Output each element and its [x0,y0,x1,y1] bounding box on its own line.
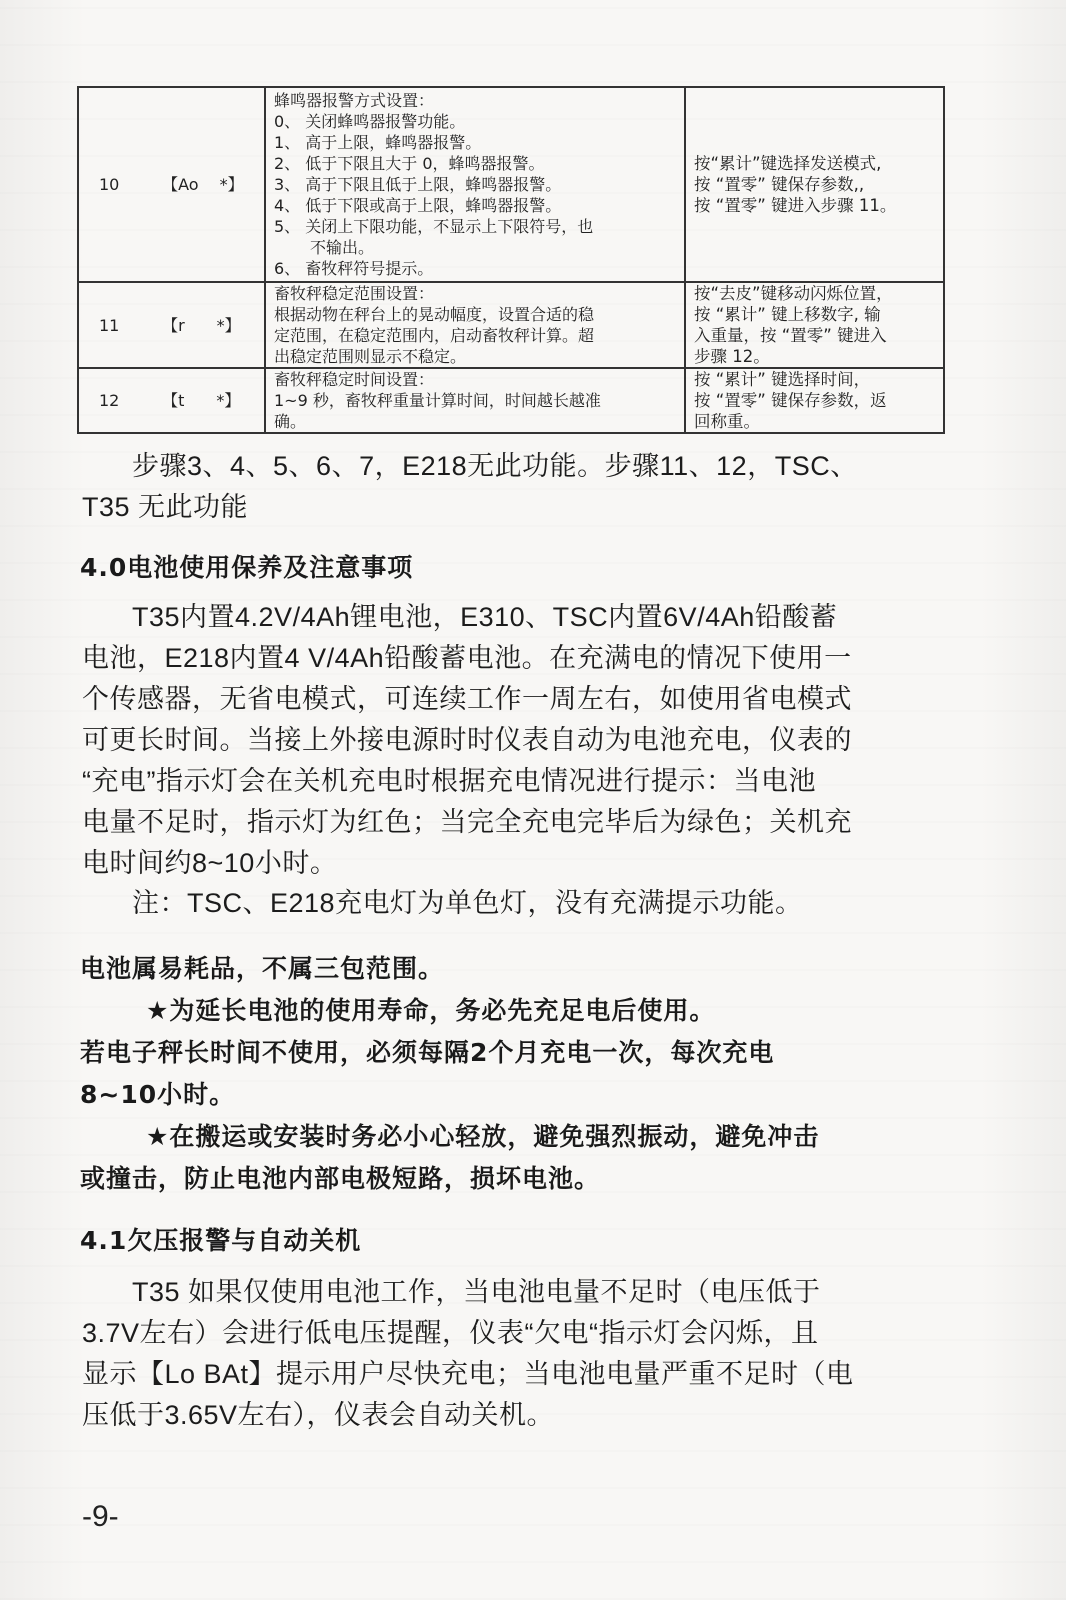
step-code-cell: 12 【t *】 [78,368,265,433]
operation-cell: 按“累计”键选择发送模式, 按 “置零” 键保存参数,, 按 “置零” 键进入步… [685,87,944,282]
warning-line: ★在搬运或安装时务必小心轻放，避免强烈振动，避免冲击 [80,1116,950,1158]
step-number: 12 [99,390,157,411]
text-line: 3.7V左右）会进行低电压提醒，仪表“欠电“指示灯会闪烁，且 [82,1313,942,1354]
description-line: 4、 低于下限或高于上限，蜂鸣器报警。 [274,195,676,216]
operation-line: 按 “累计” 键上移数字, 输 [694,304,935,325]
description-line: 确。 [274,411,676,432]
text-line: 可更长时间。当接上外接电源时时仪表自动为电池充电，仪表的 [82,720,942,761]
table-row: 11 【r *】 畜牧秤稳定范围设置： 根据动物在秤台上的晃动幅度，设置合适的稳… [78,282,944,368]
description-line: 5、 关闭上下限功能，不显示上下限符号，也 [274,216,676,237]
warning-line: 电池属易耗品，不属三包范围。 [80,948,950,990]
table-row: 10 【Ao *】 蜂鸣器报警方式设置： 0、 关闭蜂鸣器报警功能。 1、 高于… [78,87,944,282]
description-cell: 畜牧秤稳定范围设置： 根据动物在秤台上的晃动幅度，设置合适的稳 定范围，在稳定范… [265,282,685,368]
text-line: 步骤3、4、5、6、7，E218无此功能。步骤11、12，TSC、 [82,446,942,487]
operation-line: 按“累计”键选择发送模式, [694,153,935,174]
operation-line: 按 “累计” 键选择时间， [694,369,935,390]
operation-line: 按 “置零” 键保存参数，返 [694,390,935,411]
description-line: 不输出。 [274,237,676,258]
description-line: 畜牧秤稳定范围设置： [274,283,676,304]
section-heading-4-1: 4.1欠压报警与自动关机 [80,1221,361,1257]
table-row: 12 【t *】 畜牧秤稳定时间设置： 1~9 秒，畜牧秤重量计算时间，时间越长… [78,368,944,433]
operation-line: 按 “置零” 键进入步骤 11。 [694,195,935,216]
warning-line: 或撞击，防止电池内部电极短路，损坏电池。 [80,1158,950,1200]
text-line: T35 无此功能 [82,487,942,528]
text-line: T35 如果仅使用电池工作，当电池电量不足时（电压低于 [82,1272,942,1313]
display-code: 【Ao *】 [162,174,244,195]
section-4-0-paragraph: T35内置4.2V/4Ah锂电池，E310、TSC内置6V/4Ah铅酸蓄 电池，… [82,597,942,884]
description-line: 畜牧秤稳定时间设置： [274,369,676,390]
text-line: 个传感器，无省电模式，可连续工作一周左右，如使用省电模式 [82,679,942,720]
description-cell: 畜牧秤稳定时间设置： 1~9 秒，畜牧秤重量计算时间，时间越长越准 确。 [265,368,685,433]
text-line: 注：TSC、E218充电灯为单色灯，没有充满提示功能。 [82,883,942,924]
description-line: 2、 低于下限且大于 0，蜂鸣器报警。 [274,153,676,174]
operation-cell: 按“去皮”键移动闪烁位置， 按 “累计” 键上移数字, 输 入重量，按 “置零”… [685,282,944,368]
step-number: 11 [99,315,157,336]
settings-table: 10 【Ao *】 蜂鸣器报警方式设置： 0、 关闭蜂鸣器报警功能。 1、 高于… [77,86,945,434]
section-heading-4-0: 4.0电池使用保养及注意事项 [80,548,413,584]
operation-cell: 按 “累计” 键选择时间， 按 “置零” 键保存参数，返 回称重。 [685,368,944,433]
operation-line: 步骤 12。 [694,346,935,367]
text-line: 电池，E218内置4 V/4Ah铅酸蓄电池。在充满电的情况下使用一 [82,638,942,679]
operation-line: 回称重。 [694,411,935,432]
warning-line: 若电子秤长时间不使用，必须每隔2个月充电一次，每次充电 [80,1032,950,1074]
operation-line: 按“去皮”键移动闪烁位置， [694,283,935,304]
battery-warnings: 电池属易耗品，不属三包范围。 ★为延长电池的使用寿命，务必先充足电后使用。 若电… [80,948,950,1200]
warning-line: 8~10小时。 [80,1074,950,1116]
description-line: 1、 高于上限，蜂鸣器报警。 [274,132,676,153]
text-line: 压低于3.65V左右），仪表会自动关机。 [82,1395,942,1436]
charging-light-note: 注：TSC、E218充电灯为单色灯，没有充满提示功能。 [82,883,942,924]
description-line: 定范围，在稳定范围内，启动畜牧秤计算。超 [274,325,676,346]
text-line: 电量不足时，指示灯为红色；当完全充电完毕后为绿色；关机充 [82,802,942,843]
description-line: 0、 关闭蜂鸣器报警功能。 [274,111,676,132]
description-line: 3、 高于下限且低于上限，蜂鸣器报警。 [274,174,676,195]
section-4-1-paragraph: T35 如果仅使用电池工作，当电池电量不足时（电压低于 3.7V左右）会进行低电… [82,1272,942,1436]
description-line: 6、 畜牧秤符号提示。 [274,258,676,279]
description-line: 1~9 秒，畜牧秤重量计算时间，时间越长越准 [274,390,676,411]
text-line: “充电”指示灯会在关机充电时根据充电情况进行提示：当电池 [82,761,942,802]
step-code-cell: 10 【Ao *】 [78,87,265,282]
page-number: -9- [82,1500,119,1534]
display-code: 【r *】 [162,315,241,336]
description-line: 蜂鸣器报警方式设置： [274,90,676,111]
warning-line: ★为延长电池的使用寿命，务必先充足电后使用。 [80,990,950,1032]
display-code: 【t *】 [162,390,240,411]
step-code-cell: 11 【r *】 [78,282,265,368]
text-line: 显示【Lo BAt】提示用户尽快充电；当电池电量严重不足时（电 [82,1354,942,1395]
step-number: 10 [99,174,157,195]
text-line: 电时间约8~10小时。 [82,843,942,884]
description-line: 根据动物在秤台上的晃动幅度，设置合适的稳 [274,304,676,325]
description-cell: 蜂鸣器报警方式设置： 0、 关闭蜂鸣器报警功能。 1、 高于上限，蜂鸣器报警。 … [265,87,685,282]
description-line: 出稳定范围则显示不稳定。 [274,346,676,367]
note-after-table: 步骤3、4、5、6、7，E218无此功能。步骤11、12，TSC、 T35 无此… [82,446,942,528]
text-line: T35内置4.2V/4Ah锂电池，E310、TSC内置6V/4Ah铅酸蓄 [82,597,942,638]
operation-line: 按 “置零” 键保存参数,, [694,174,935,195]
operation-line: 入重量，按 “置零” 键进入 [694,325,935,346]
